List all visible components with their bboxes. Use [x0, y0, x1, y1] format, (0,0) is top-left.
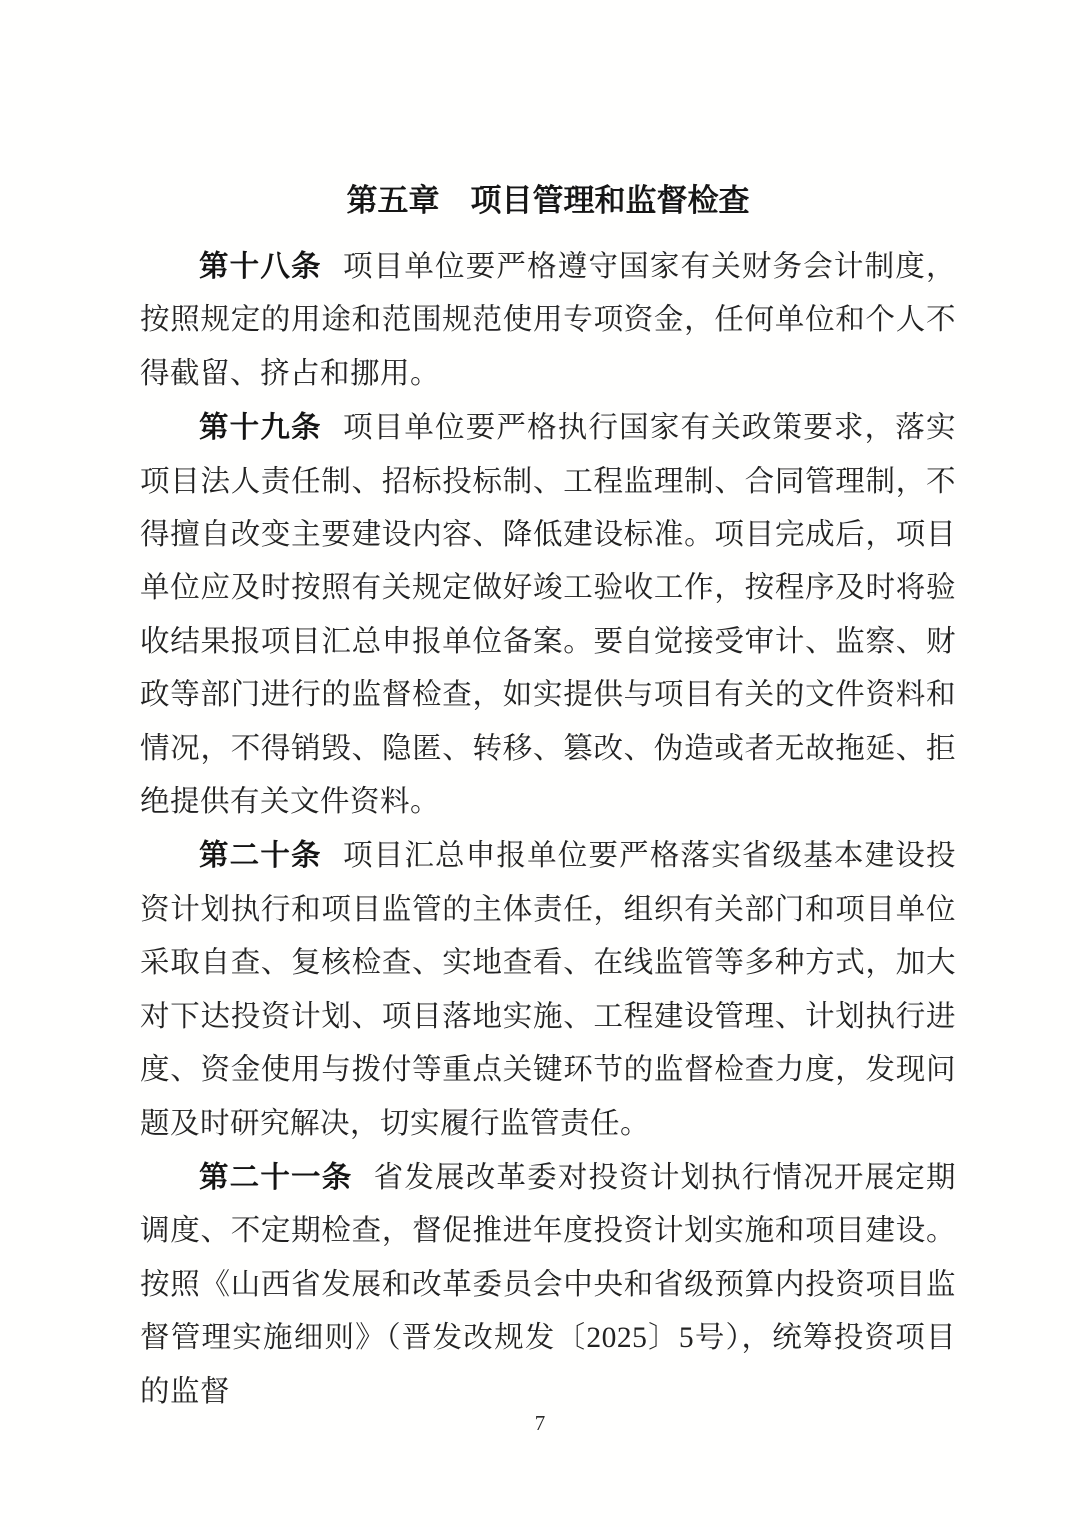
article-21-number: 第二十一条 [199, 1161, 352, 1194]
article-19-text: 项目单位要严格执行国家有关政策要求，落实项目法人责任制、招标投标制、工程监理制、… [140, 412, 956, 818]
article-21-text: 省发展改革委对投资计划执行情况开展定期调度、不定期检查，督促推进年度投资计划实施… [140, 1162, 956, 1408]
article-19-paragraph: 第十九条项目单位要严格执行国家有关政策要求，落实项目法人责任制、招标投标制、工程… [140, 401, 956, 829]
article-21-paragraph: 第二十一条省发展改革委对投资计划执行情况开展定期调度、不定期检查，督促推进年度投… [140, 1151, 956, 1419]
article-18-paragraph: 第十八条项目单位要严格遵守国家有关财务会计制度，按照规定的用途和范围规范使用专项… [140, 240, 956, 401]
article-20-number: 第二十条 [199, 839, 322, 872]
article-19-number: 第十九条 [199, 411, 322, 444]
page-number: 7 [0, 1408, 1080, 1438]
document-page: 第五章 项目管理和监督检查 第十八条项目单位要严格遵守国家有关财务会计制度，按照… [0, 0, 1080, 1527]
article-20-paragraph: 第二十条项目汇总申报单位要严格落实省级基本建设投资计划执行和项目监管的主体责任，… [140, 829, 956, 1150]
document-content: 第五章 项目管理和监督检查 第十八条项目单位要严格遵守国家有关财务会计制度，按照… [140, 178, 956, 1419]
chapter-title: 第五章 项目管理和监督检查 [140, 178, 956, 224]
article-20-text: 项目汇总申报单位要严格落实省级基本建设投资计划执行和项目监管的主体责任，组织有关… [140, 840, 956, 1139]
article-18-number: 第十八条 [199, 250, 322, 283]
